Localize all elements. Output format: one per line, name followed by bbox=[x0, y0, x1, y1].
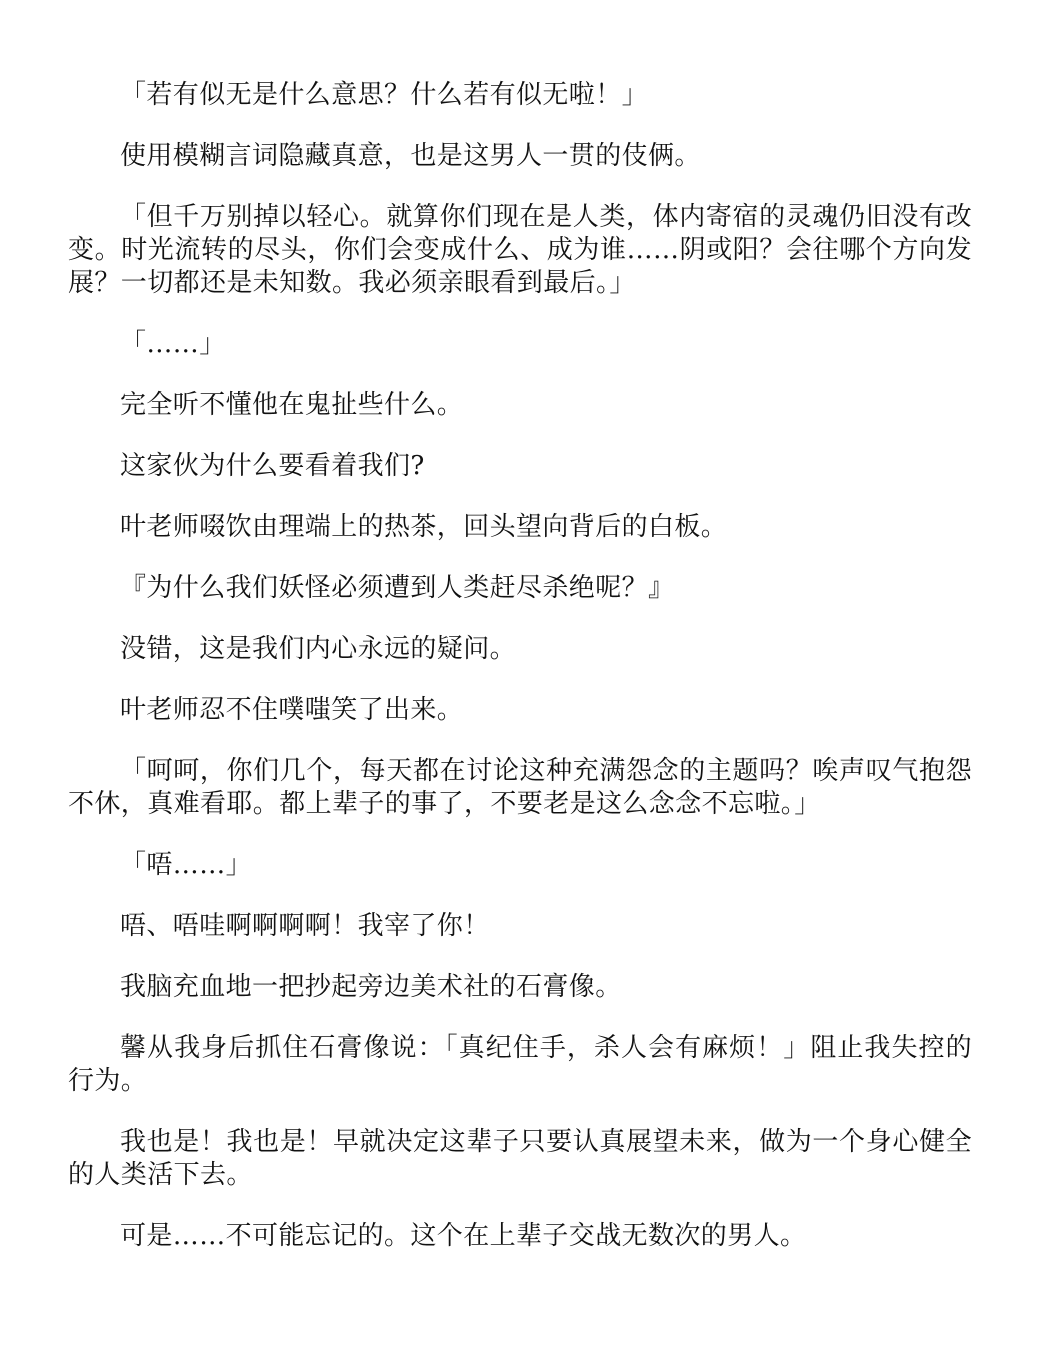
paragraph-17: 可是……不可能忘记的。这个在上辈子交战无数次的男人。 bbox=[68, 1220, 972, 1253]
paragraph-14: 我脑充血地一把抄起旁边美术社的石膏像。 bbox=[68, 971, 972, 1004]
paragraph-12: 「唔……」 bbox=[68, 849, 972, 882]
paragraph-3: 「但千万别掉以轻心。就算你们现在是人类，体内寄宿的灵魂仍旧没有改变。时光流转的尽… bbox=[68, 201, 972, 300]
paragraph-13: 唔、唔哇啊啊啊啊！我宰了你！ bbox=[68, 910, 972, 943]
paragraph-16: 我也是！我也是！早就决定这辈子只要认真展望未来，做为一个身心健全的人类活下去。 bbox=[68, 1126, 972, 1192]
paragraph-11: 「呵呵，你们几个，每天都在讨论这种充满怨念的主题吗？唉声叹气抱怨不休，真难看耶。… bbox=[68, 755, 972, 821]
paragraph-8: 『为什么我们妖怪必须遭到人类赶尽杀绝呢？』 bbox=[68, 572, 972, 605]
paragraph-4: 「……」 bbox=[68, 328, 972, 361]
paragraph-7: 叶老师啜饮由理端上的热茶，回头望向背后的白板。 bbox=[68, 511, 972, 544]
paragraph-9: 没错，这是我们内心永远的疑问。 bbox=[68, 633, 972, 666]
paragraph-1: 「若有似无是什么意思？什么若有似无啦！」 bbox=[68, 79, 972, 112]
document-page: 「若有似无是什么意思？什么若有似无啦！」 使用模糊言词隐藏真意，也是这男人一贯的… bbox=[68, 79, 972, 1281]
paragraph-10: 叶老师忍不住噗嗤笑了出来。 bbox=[68, 694, 972, 727]
paragraph-2: 使用模糊言词隐藏真意，也是这男人一贯的伎俩。 bbox=[68, 140, 972, 173]
paragraph-6: 这家伙为什么要看着我们? bbox=[68, 450, 972, 483]
paragraph-15: 馨从我身后抓住石膏像说：「真纪住手，杀人会有麻烦！」阻止我失控的行为。 bbox=[68, 1032, 972, 1098]
paragraph-5: 完全听不懂他在鬼扯些什么。 bbox=[68, 389, 972, 422]
